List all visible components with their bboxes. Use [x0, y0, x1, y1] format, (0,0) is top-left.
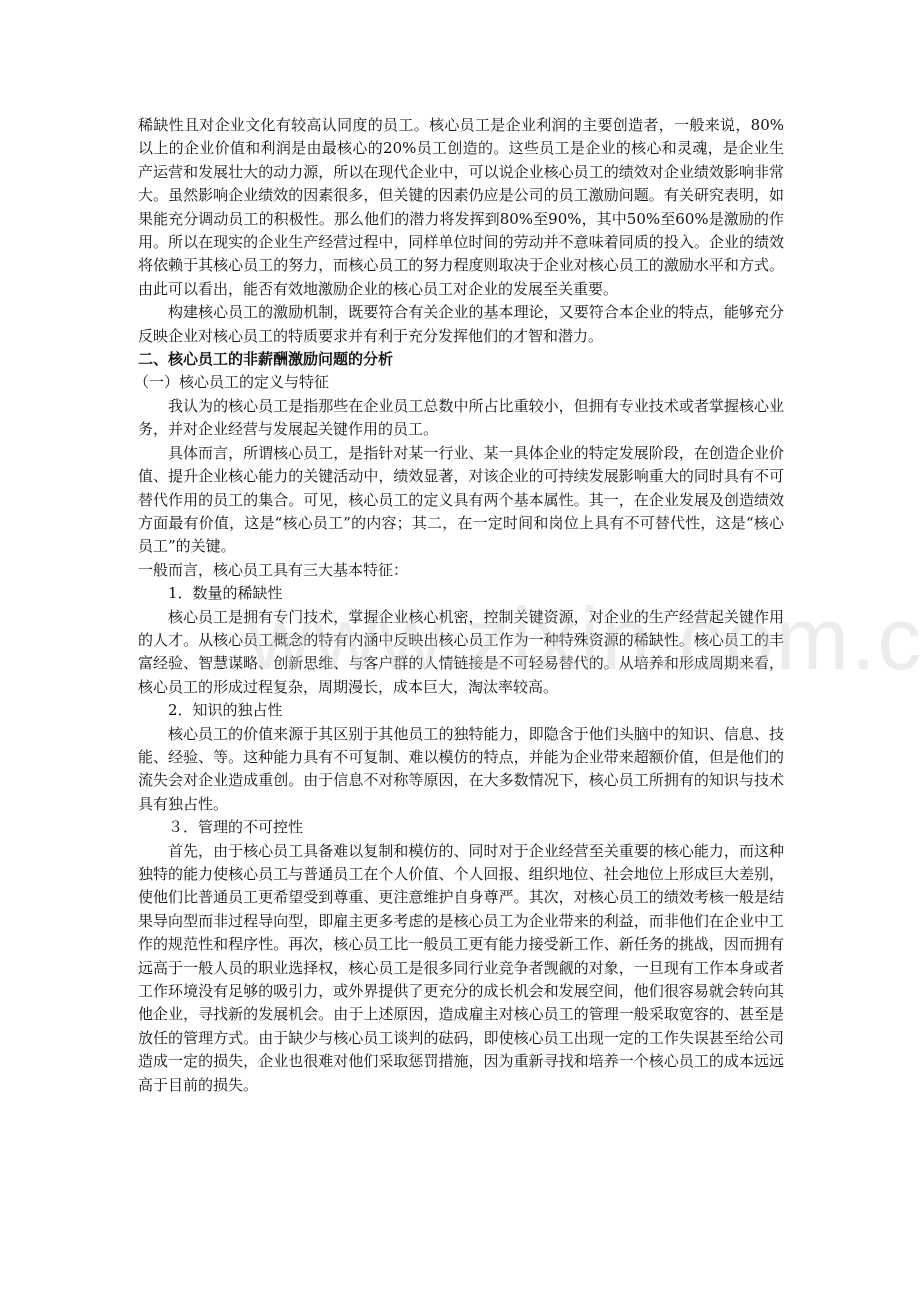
paragraph-exclusivity: 核心员工的价值来源于其区别于其他员工的独特能力，即隐含于他们头脑中的知识、信息、… [138, 723, 784, 817]
paragraph-core-employee-value: 稀缺性且对企业文化有较高认同度的员工。核心员工是企业利润的主要创造者，一般来说，… [138, 114, 784, 301]
feature-heading-scarcity: 1．数量的稀缺性 [138, 582, 784, 605]
subsection-heading-1: （一）核心员工的定义与特征 [134, 371, 784, 394]
paragraph-uncontrollability: 首先，由于核心员工具备难以复制和模仿的、同时对于企业经营至关重要的核心能力，而这… [138, 840, 784, 1097]
paragraph-scarcity: 核心员工是拥有专门技术，掌握企业核心机密，控制关键资源，对企业的生产经营起关键作… [138, 606, 784, 700]
feature-heading-exclusivity: 2．知识的独占性 [138, 699, 784, 722]
paragraph-three-features: 一般而言，核心员工具有三大基本特征： [138, 559, 784, 582]
section-heading-2: 二、核心员工的非薪酬激励问题的分析 [138, 348, 784, 371]
paragraph-incentive-mechanism: 构建核心员工的激励机制，既要符合有关企业的基本理论，又要符合本企业的特点，能够充… [138, 301, 784, 348]
paragraph-definition: 我认为的核心员工是指那些在企业员工总数中所占比重较小，但拥有专业技术或者掌握核心… [138, 395, 784, 442]
paragraph-specific-definition: 具体而言，所谓核心员工，是指针对某一行业、某一具体企业的特定发展阶段，在创造企业… [138, 442, 784, 559]
document-page: 稀缺性且对企业文化有较高认同度的员工。核心员工是企业利润的主要创造者，一般来说，… [138, 114, 784, 1097]
feature-heading-uncontrollability: ３．管理的不可控性 [138, 816, 784, 839]
